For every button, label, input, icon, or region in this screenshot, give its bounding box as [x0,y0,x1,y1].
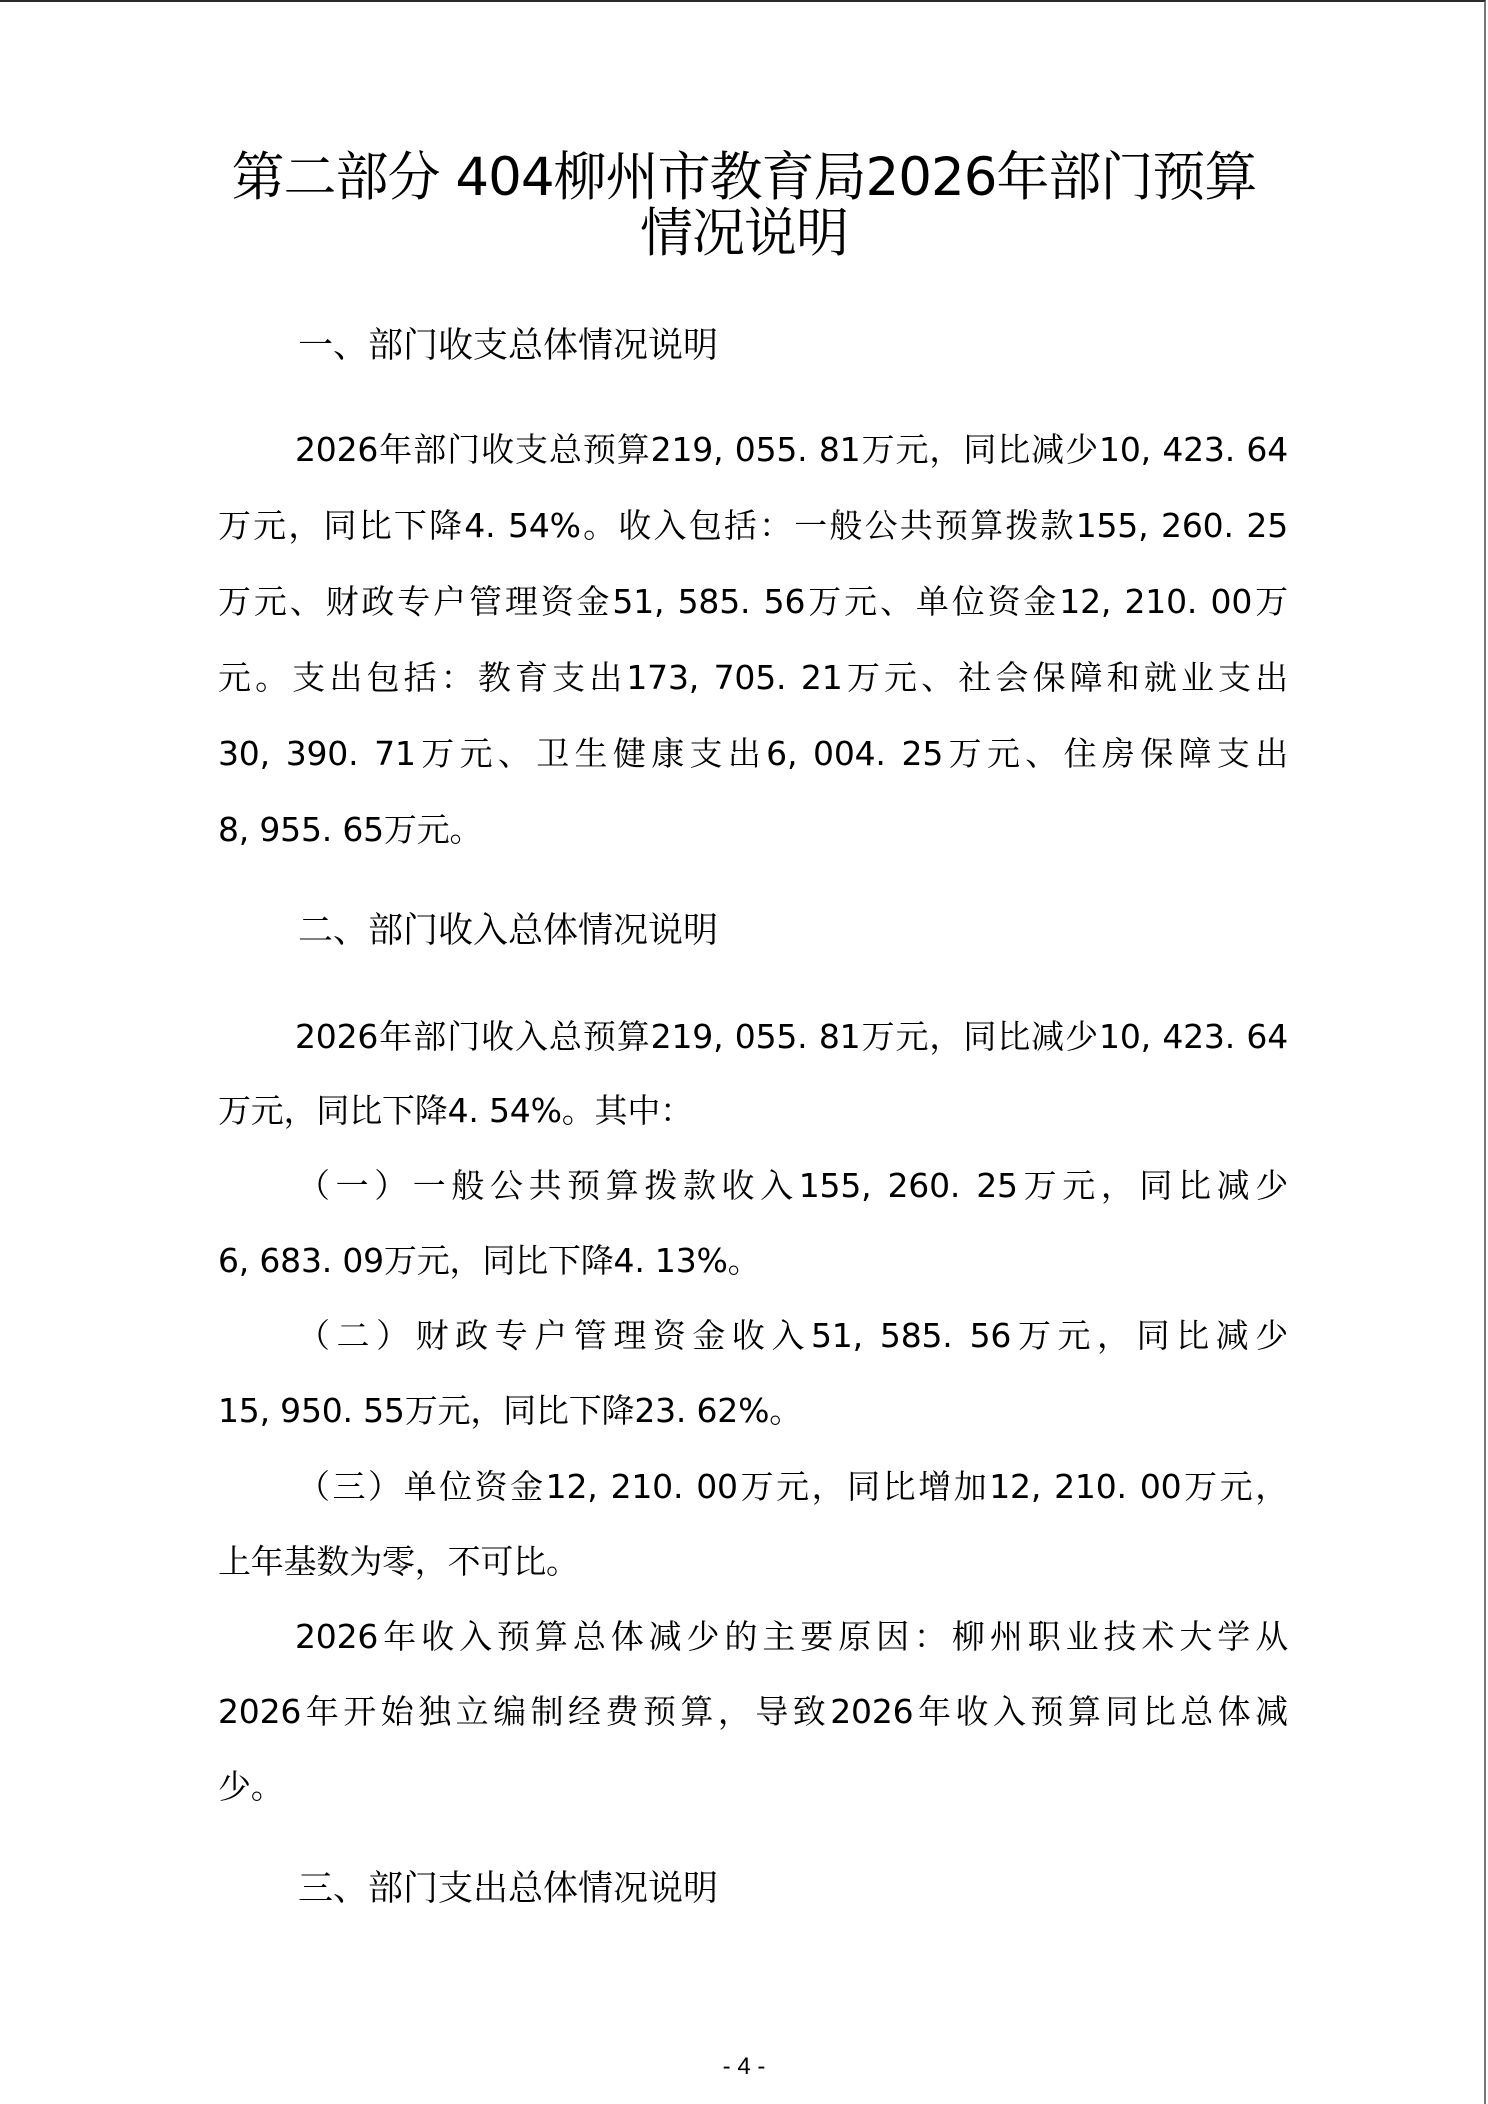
section-heading-1: 一、部门收支总体情况说明 [298,325,718,367]
paragraph-line: 万元、财政专户管理资金51, 585. 56万元、单位资金12, 210. 00… [218,582,1288,622]
document-title-line-2: 情况说明 [0,206,1488,262]
reason-line: 2026年开始独立编制经费预算，导致2026年收入预算同比总体减 [218,1692,1288,1732]
sub-item-2-line: （二）财政专户管理资金收入51, 585. 56万元，同比减少 [297,1316,1288,1356]
sub-item-3-line: 上年基数为零，不可比。 [218,1542,1288,1582]
paragraph-line: 万元，同比下降4. 54%。其中： [218,1091,1288,1131]
paragraph-line: 30, 390. 71万元、卫生健康支出6, 004. 25万元、住房保障支出 [218,734,1288,774]
sub-item-2-line: 15, 950. 55万元，同比下降23. 62%。 [218,1391,1288,1431]
paragraph-line: 2026年部门收支总预算219, 055. 81万元，同比减少10, 423. … [295,430,1288,470]
sub-item-1-line: 6, 683. 09万元，同比下降4. 13%。 [218,1241,1288,1281]
document-page: 第二部分 404柳州市教育局2026年部门预算 情况说明 一、部门收支总体情况说… [0,0,1486,2104]
paragraph-line: 元。支出包括：教育支出173, 705. 21万元、社会保障和就业支出 [218,658,1288,698]
sub-item-3-line: （三）单位资金12, 210. 00万元，同比增加12, 210. 00万元， [297,1467,1288,1507]
reason-line: 少。 [218,1767,1288,1807]
section-heading-3: 三、部门支出总体情况说明 [298,1868,718,1910]
paragraph-line: 万元，同比下降4. 54%。收入包括：一般公共预算拨款155, 260. 25 [218,506,1288,546]
document-title-line-1: 第二部分 404柳州市教育局2026年部门预算 [0,150,1488,206]
reason-line: 2026年收入预算总体减少的主要原因：柳州职业技术大学从 [295,1617,1288,1657]
paragraph-line: 2026年部门收入总预算219, 055. 81万元，同比减少10, 423. … [295,1017,1288,1057]
paragraph-line: 8, 955. 65万元。 [218,810,1288,850]
sub-item-1-line: （一）一般公共预算拨款收入155, 260. 25万元，同比减少 [297,1166,1288,1206]
page-number: - 4 - [0,2052,1488,2082]
section-heading-2: 二、部门收入总体情况说明 [298,910,718,952]
